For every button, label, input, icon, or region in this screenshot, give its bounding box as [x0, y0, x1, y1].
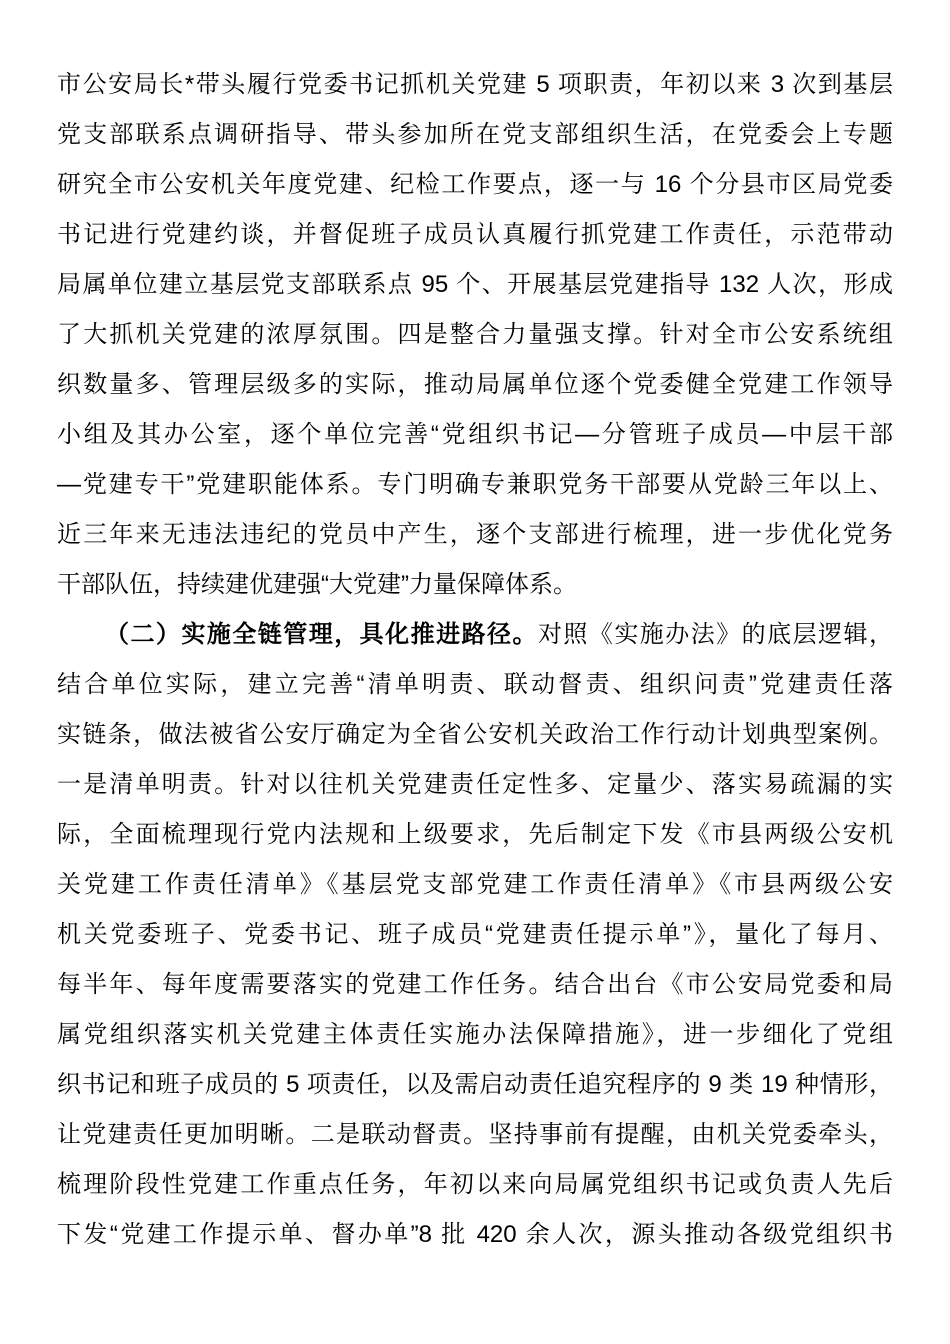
document-body: 市公安局长*带头履行党委书记抓机关党建 5 项职责，年初以来 3 次到基层党支部…	[57, 60, 893, 1260]
text-line: 结合单位实际，建立完善“清单明责、联动督责、组织问责”党建责任落	[57, 660, 893, 710]
text-run: 结合单位实际，建立完善“清单明责、联动督责、组织问责”党建责任落	[57, 671, 893, 698]
continuation-paragraph: 市公安局长*带头履行党委书记抓机关党建 5 项职责，年初以来 3 次到基层党支部…	[57, 60, 893, 610]
text-run: 梳理阶段性党建工作重点任务，年初以来向局属党组织书记或负责人先后	[57, 1171, 893, 1198]
text-run: 织数量多、管理层级多的实际，推动局属单位逐个党委健全党建工作领导	[57, 371, 893, 398]
text-run: 干部队伍，持续建优建强“大党建”力量保障体系。	[57, 571, 577, 598]
text-run: 际，全面梳理现行党内法规和上级要求，先后制定下发《市县两级公安机	[57, 821, 893, 848]
text-line: 近三年来无违法违纪的党员中产生，逐个支部进行梳理，进一步优化党务	[57, 510, 893, 560]
document-page: 市公安局长*带头履行党委书记抓机关党建 5 项职责，年初以来 3 次到基层党支部…	[0, 0, 950, 1344]
bold-heading-run: （二）实施全链管理，具化推进路径。	[105, 621, 538, 648]
text-line: 梳理阶段性党建工作重点任务，年初以来向局属党组织书记或负责人先后	[57, 1160, 893, 1210]
text-run: 织书记和班子成员的 5 项责任，以及需启动责任追究程序的 9 类 19 种情形，	[57, 1071, 893, 1098]
text-run: 一是清单明责。针对以往机关党建责任定性多、定量少、落实易疏漏的实	[57, 771, 893, 798]
text-run: 书记进行党建约谈，并督促班子成员认真履行抓党建工作责任，示范带动	[57, 221, 893, 248]
text-line: 属党组织落实机关党建主体责任实施办法保障措施》，进一步细化了党组	[57, 1010, 893, 1060]
text-run: 属党组织落实机关党建主体责任实施办法保障措施》，进一步细化了党组	[57, 1021, 893, 1048]
text-line: 局属单位建立基层党支部联系点 95 个、开展基层党建指导 132 人次，形成	[57, 260, 893, 310]
text-line: 机关党委班子、党委书记、班子成员“党建责任提示单”》，量化了每月、	[57, 910, 893, 960]
text-line: 际，全面梳理现行党内法规和上级要求，先后制定下发《市县两级公安机	[57, 810, 893, 860]
text-run: 了大抓机关党建的浓厚氛围。四是整合力量强支撑。针对全市公安系统组	[57, 321, 893, 348]
text-line: 织书记和班子成员的 5 项责任，以及需启动责任追究程序的 9 类 19 种情形，	[57, 1060, 893, 1110]
text-line: 干部队伍，持续建优建强“大党建”力量保障体系。	[57, 560, 893, 610]
text-run: 党支部联系点调研指导、带头参加所在党支部组织生活，在党委会上专题	[57, 121, 893, 148]
text-line: 一是清单明责。针对以往机关党建责任定性多、定量少、落实易疏漏的实	[57, 760, 893, 810]
text-run: 小组及其办公室，逐个单位完善“党组织书记—分管班子成员—中层干部	[57, 421, 893, 448]
text-run: 让党建责任更加明晰。二是联动督责。坚持事前有提醒，由机关党委牵头，	[57, 1121, 893, 1148]
text-line: 书记进行党建约谈，并督促班子成员认真履行抓党建工作责任，示范带动	[57, 210, 893, 260]
text-line: 研究全市公安机关年度党建、纪检工作要点，逐一与 16 个分县市区局党委	[57, 160, 893, 210]
text-run: 关党建工作责任清单》《基层党支部党建工作责任清单》《市县两级公安	[57, 871, 893, 898]
text-run: 机关党委班子、党委书记、班子成员“党建责任提示单”》，量化了每月、	[57, 921, 893, 948]
text-line: 织数量多、管理层级多的实际，推动局属单位逐个党委健全党建工作领导	[57, 360, 893, 410]
text-run: 对照《实施办法》的底层逻辑，	[538, 621, 893, 648]
text-line: 实链条，做法被省公安厅确定为全省公安机关政治工作行动计划典型案例。	[57, 710, 893, 760]
text-run: 市公安局长*带头履行党委书记抓机关党建 5 项职责，年初以来 3 次到基层	[57, 71, 893, 98]
text-run: 每半年、每年度需要落实的党建工作任务。结合出台《市公安局党委和局	[57, 971, 893, 998]
text-run: 局属单位建立基层党支部联系点 95 个、开展基层党建指导 132 人次，形成	[57, 271, 893, 298]
text-line: 每半年、每年度需要落实的党建工作任务。结合出台《市公安局党委和局	[57, 960, 893, 1010]
section-2-paragraph: （二）实施全链管理，具化推进路径。对照《实施办法》的底层逻辑，结合单位实际，建立…	[57, 610, 893, 1260]
text-line: 小组及其办公室，逐个单位完善“党组织书记—分管班子成员—中层干部	[57, 410, 893, 460]
text-line: 党支部联系点调研指导、带头参加所在党支部组织生活，在党委会上专题	[57, 110, 893, 160]
text-run: 下发“党建工作提示单、督办单”8 批 420 余人次，源头推动各级党组织书	[57, 1221, 893, 1248]
text-line: 关党建工作责任清单》《基层党支部党建工作责任清单》《市县两级公安	[57, 860, 893, 910]
text-run: 近三年来无违法违纪的党员中产生，逐个支部进行梳理，进一步优化党务	[57, 521, 893, 548]
text-run: 研究全市公安机关年度党建、纪检工作要点，逐一与 16 个分县市区局党委	[57, 171, 893, 198]
text-line: —党建专干”党建职能体系。专门明确专兼职党务干部要从党龄三年以上、	[57, 460, 893, 510]
text-line: （二）实施全链管理，具化推进路径。对照《实施办法》的底层逻辑，	[57, 610, 893, 660]
text-run: —党建专干”党建职能体系。专门明确专兼职党务干部要从党龄三年以上、	[57, 471, 893, 498]
text-line: 让党建责任更加明晰。二是联动督责。坚持事前有提醒，由机关党委牵头，	[57, 1110, 893, 1160]
text-line: 了大抓机关党建的浓厚氛围。四是整合力量强支撑。针对全市公安系统组	[57, 310, 893, 360]
text-line: 下发“党建工作提示单、督办单”8 批 420 余人次，源头推动各级党组织书	[57, 1210, 893, 1260]
text-line: 市公安局长*带头履行党委书记抓机关党建 5 项职责，年初以来 3 次到基层	[57, 60, 893, 110]
text-run: 实链条，做法被省公安厅确定为全省公安机关政治工作行动计划典型案例。	[57, 721, 893, 748]
